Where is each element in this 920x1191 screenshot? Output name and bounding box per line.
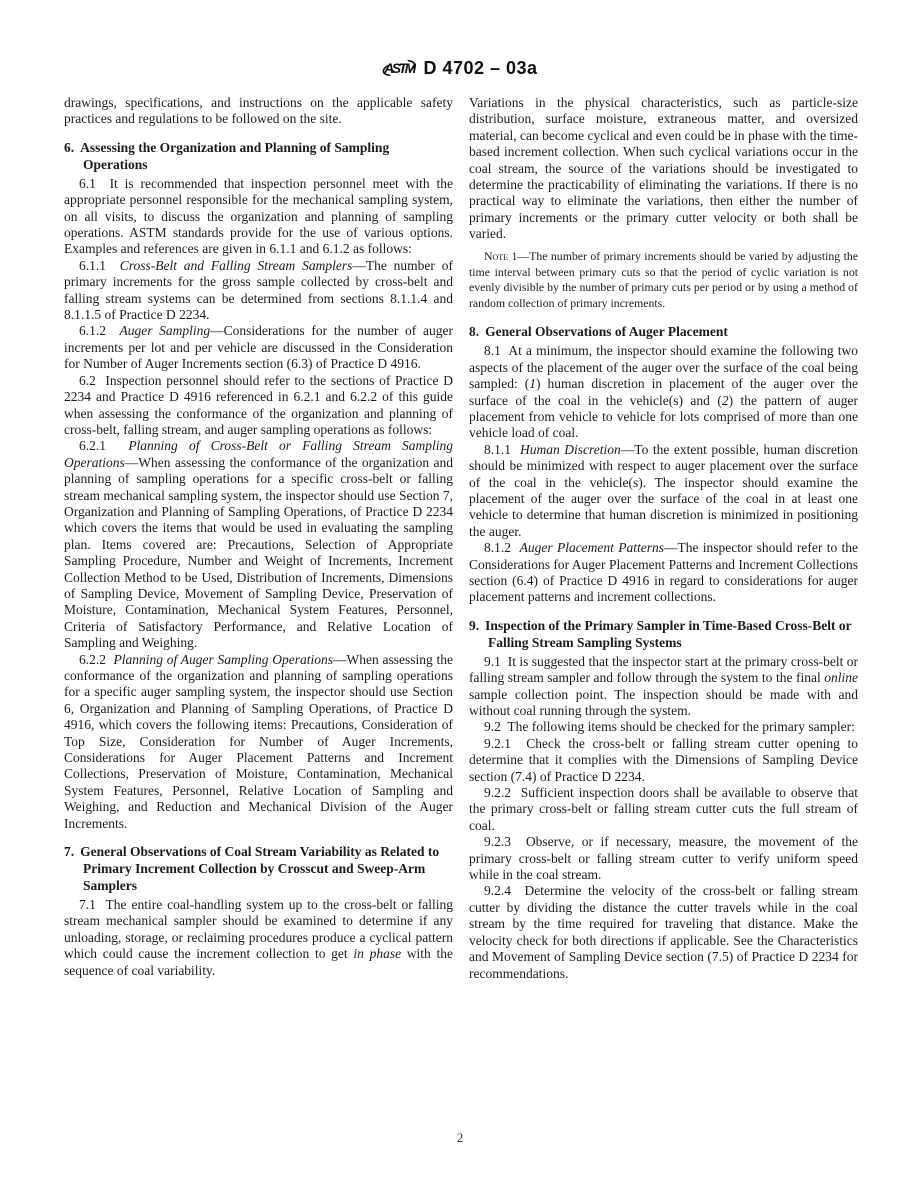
document-body: drawings, specifications, and instructio… [64, 95, 858, 982]
text-run: General Observations of Coal Stream Vari… [80, 844, 439, 893]
text-run: General Observations of Auger Placement [485, 324, 728, 339]
left-column: drawings, specifications, and instructio… [64, 95, 453, 982]
section-number: 7. [64, 844, 80, 859]
text-run: 8.1.2 [484, 540, 520, 555]
para-8-1: 8.1 At a minimum, the inspector should e… [469, 343, 858, 441]
para-6-1-1: 6.1.1 Cross-Belt and Falling Stream Samp… [64, 258, 453, 324]
text-run: 6.2.1 [79, 438, 128, 453]
para-6-2-2: 6.2.2 Planning of Auger Sampling Operati… [64, 652, 453, 832]
text-run: 2 [722, 393, 729, 408]
text-run: 9.1 It is suggested that the inspector s… [469, 654, 858, 685]
text-run: 9.2.2 Sufficient inspection doors shall … [469, 785, 858, 833]
section-9-heading: 9.Inspection of the Primary Sampler in T… [469, 617, 858, 651]
continued-paragraph: Variations in the physical characteristi… [469, 95, 858, 243]
text-run: 6.1 It is recommended that inspection pe… [64, 176, 453, 257]
para-8-1-1: 8.1.1 Human Discretion—To the extent pos… [469, 442, 858, 540]
para-9-1: 9.1 It is suggested that the inspector s… [469, 654, 858, 720]
section-number: 8. [469, 324, 485, 339]
text-run: Variations in the physical characteristi… [469, 95, 858, 241]
para-8-1-2: 8.1.2 Auger Placement Patterns—The inspe… [469, 540, 858, 606]
para-9-2-4: 9.2.4 Determine the velocity of the cros… [469, 883, 858, 981]
document-code: D 4702 – 03a [423, 58, 537, 79]
right-column: Variations in the physical characteristi… [469, 95, 858, 982]
text-run: 9.2.3 Observe, or if necessary, measure,… [469, 834, 858, 882]
text-run: 6.2.2 [79, 652, 114, 667]
section-7-heading: 7.General Observations of Coal Stream Va… [64, 843, 453, 894]
para-6-1: 6.1 It is recommended that inspection pe… [64, 176, 453, 258]
text-run: 9.2 The following items should be checke… [484, 719, 855, 734]
text-run: sample collection point. The inspection … [469, 687, 858, 718]
section-6-heading: 6.Assessing the Organization and Plannin… [64, 139, 453, 173]
para-6-2: 6.2 Inspection personnel should refer to… [64, 373, 453, 439]
text-run: 8.1.1 [484, 442, 520, 457]
text-run: 6.2 Inspection personnel should refer to… [64, 373, 453, 437]
para-9-2-1: 9.2.1 Check the cross-belt or falling st… [469, 736, 858, 785]
note-1: Note 1—The number of primary increments … [469, 249, 858, 313]
page-footer: 2 [0, 1130, 920, 1146]
para-9-2: 9.2 The following items should be checke… [469, 719, 858, 735]
text-run: 9.2.4 Determine the velocity of the cros… [469, 883, 858, 980]
text-run: Human Discretion [520, 442, 621, 457]
text-run: 6.1.2 [79, 323, 119, 338]
para-9-2-2: 9.2.2 Sufficient inspection doors shall … [469, 785, 858, 834]
para-7-1: 7.1 The entire coal-handling system up t… [64, 897, 453, 979]
para-6-1-2: 6.1.2 Auger Sampling—Considerations for … [64, 323, 453, 372]
text-run: Inspection of the Primary Sampler in Tim… [485, 618, 851, 650]
text-run: 1—The number of primary increments shoul… [469, 249, 858, 311]
text-run: Note [484, 249, 508, 263]
text-run: online [824, 670, 858, 685]
text-run: —When assessing the conformance of the o… [64, 652, 453, 831]
text-run: Auger Sampling [119, 323, 210, 338]
astm-logo-icon: ASTM [382, 52, 416, 84]
text-run: drawings, specifications, and instructio… [64, 95, 453, 126]
page-number: 2 [457, 1130, 464, 1145]
text-run: 9.2.1 Check the cross-belt or falling st… [469, 736, 858, 784]
text-run: Assessing the Organization and Planning … [80, 140, 389, 172]
text-run: in phase [353, 946, 401, 961]
text-run: 6.1.1 [79, 258, 120, 273]
text-run: —When assessing the conformance of the o… [64, 455, 453, 650]
para-6-2-1: 6.2.1 Planning of Cross-Belt or Falling … [64, 438, 453, 651]
section-8-heading: 8.General Observations of Auger Placemen… [469, 323, 858, 340]
section-number: 9. [469, 618, 485, 633]
document-header: ASTM D 4702 – 03a [0, 52, 920, 84]
document-page: { "header": { "logo_icon": "astm-logo", … [0, 0, 920, 1191]
para-9-2-3: 9.2.3 Observe, or if necessary, measure,… [469, 834, 858, 883]
astm-logo-text: ASTM [384, 60, 417, 76]
section-number: 6. [64, 140, 80, 155]
text-run: Auger Placement Patterns [520, 540, 664, 555]
continued-paragraph: drawings, specifications, and instructio… [64, 95, 453, 128]
text-run: Planning of Auger Sampling Operations [114, 652, 334, 667]
text-run: Cross-Belt and Falling Stream Samplers [120, 258, 353, 273]
